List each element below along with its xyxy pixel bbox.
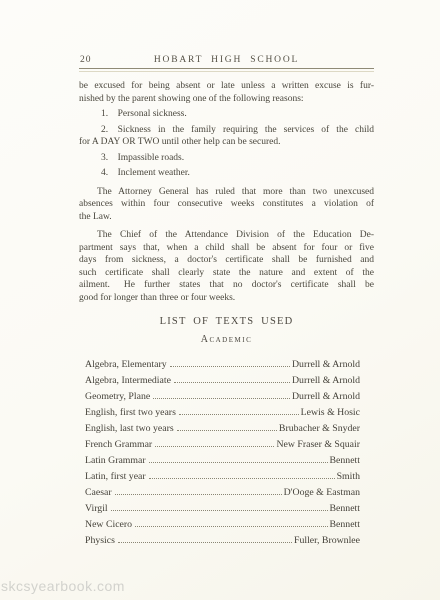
scanned-page: 20 HOBART HIGH SCHOOL be excused for bei… <box>0 0 440 600</box>
page-number: 20 <box>80 55 92 65</box>
entry-author: Durrell & Arnold <box>292 359 360 370</box>
entry-subject: Algebra, Elementary <box>85 359 167 370</box>
text-line: absences within four consecutive weeks c… <box>79 198 374 211</box>
entry-subject: Virgil <box>85 503 108 514</box>
text-entry-row: Latin, first yearSmith <box>85 466 360 482</box>
page-header: 20 HOBART HIGH SCHOOL <box>79 55 374 65</box>
dotted-leader <box>170 366 290 367</box>
text-entry-row: Geometry, PlaneDurrell & Arnold <box>85 386 360 402</box>
entry-author: Bennett <box>330 519 360 530</box>
text-line: ailment. He further states that no docto… <box>79 279 374 292</box>
header-rule <box>79 68 374 72</box>
watermark: skcsyearbook.com <box>1 578 125 594</box>
body-text: be excused for being absent or late unle… <box>79 80 374 304</box>
entry-subject: English, first two years <box>85 407 176 418</box>
text-line: The Attorney General has ruled that more… <box>79 186 374 199</box>
dotted-leader <box>179 414 299 415</box>
text-entry-row: French GrammarNew Fraser & Squair <box>85 434 360 450</box>
numbered-item: 2. Sickness in the family requiring the … <box>79 124 374 149</box>
entry-subject: English, last two years <box>85 423 174 434</box>
numbered-item: 4. Inclement weather. <box>79 167 374 180</box>
dotted-leader <box>174 382 290 383</box>
text-entry-row: English, first two yearsLewis & Hosic <box>85 402 360 418</box>
dotted-leader <box>115 494 282 495</box>
text-entry-row: PhysicsFuller, Brownlee <box>85 530 360 546</box>
text-line: good for longer than three or four weeks… <box>79 292 374 305</box>
text-line: 1. Personal sickness. <box>79 108 374 121</box>
entry-author: Bennett <box>330 503 360 514</box>
text-line: days from sickness, a doctor's certifica… <box>79 254 374 267</box>
text-line: for A DAY OR TWO until other help can be… <box>79 136 374 149</box>
dotted-leader <box>149 462 328 463</box>
paragraph: The Attorney General has ruled that more… <box>79 186 374 224</box>
text-line: partment says that, when a child shall b… <box>79 242 374 255</box>
entry-author: Brubacher & Snyder <box>279 423 360 434</box>
entry-subject: Latin, first year <box>85 471 146 482</box>
entry-subject: Physics <box>85 535 115 546</box>
dotted-leader <box>155 446 274 447</box>
numbered-item: 1. Personal sickness. <box>79 108 374 121</box>
texts-section-subtitle: Academic <box>79 334 374 345</box>
entry-author: Durrell & Arnold <box>292 391 360 402</box>
text-line: the Law. <box>79 211 374 224</box>
texts-section: LIST OF TEXTS USED Academic Algebra, Ele… <box>79 316 374 546</box>
text-entry-row: CaesarD'Ooge & Eastman <box>85 482 360 498</box>
numbered-item: 3. Impassible roads. <box>79 152 374 165</box>
entry-author: Fuller, Brownlee <box>294 535 360 546</box>
text-entry-row: Algebra, ElementaryDurrell & Arnold <box>85 354 360 370</box>
text-line: 2. Sickness in the family requiring the … <box>79 124 374 137</box>
entry-subject: Geometry, Plane <box>85 391 150 402</box>
header-title: HOBART HIGH SCHOOL <box>79 55 374 65</box>
dotted-leader <box>118 542 292 543</box>
entry-author: Durrell & Arnold <box>292 375 360 386</box>
dotted-leader <box>153 398 290 399</box>
entry-subject: New Cicero <box>85 519 132 530</box>
entry-author: New Fraser & Squair <box>276 439 360 450</box>
dotted-leader <box>149 478 335 479</box>
entry-subject: Latin Grammar <box>85 455 146 466</box>
texts-list: Algebra, ElementaryDurrell & ArnoldAlgeb… <box>85 354 360 546</box>
text-entry-row: New CiceroBennett <box>85 514 360 530</box>
dotted-leader <box>177 430 277 431</box>
entry-author: D'Ooge & Eastman <box>284 487 360 498</box>
text-line: nished by the parent showing one of the … <box>79 93 374 106</box>
paragraph: The Chief of the Attendance Division of … <box>79 229 374 304</box>
entry-subject: French Grammar <box>85 439 152 450</box>
text-line: be excused for being absent or late unle… <box>79 80 374 93</box>
dotted-leader <box>135 526 327 527</box>
text-entry-row: VirgilBennett <box>85 498 360 514</box>
text-line: 3. Impassible roads. <box>79 152 374 165</box>
entry-author: Bennett <box>330 455 360 466</box>
entry-subject: Caesar <box>85 487 112 498</box>
text-line: The Chief of the Attendance Division of … <box>79 229 374 242</box>
text-line: such certificate shall clearly state the… <box>79 267 374 280</box>
text-line: 4. Inclement weather. <box>79 167 374 180</box>
text-entry-row: Latin GrammarBennett <box>85 450 360 466</box>
entry-subject: Algebra, Intermediate <box>85 375 171 386</box>
texts-section-title: LIST OF TEXTS USED <box>79 316 374 327</box>
paragraph: be excused for being absent or late unle… <box>79 80 374 105</box>
text-entry-row: Algebra, IntermediateDurrell & Arnold <box>85 370 360 386</box>
text-entry-row: English, last two yearsBrubacher & Snyde… <box>85 418 360 434</box>
dotted-leader <box>111 510 328 511</box>
entry-author: Lewis & Hosic <box>301 407 360 418</box>
entry-author: Smith <box>337 471 360 482</box>
